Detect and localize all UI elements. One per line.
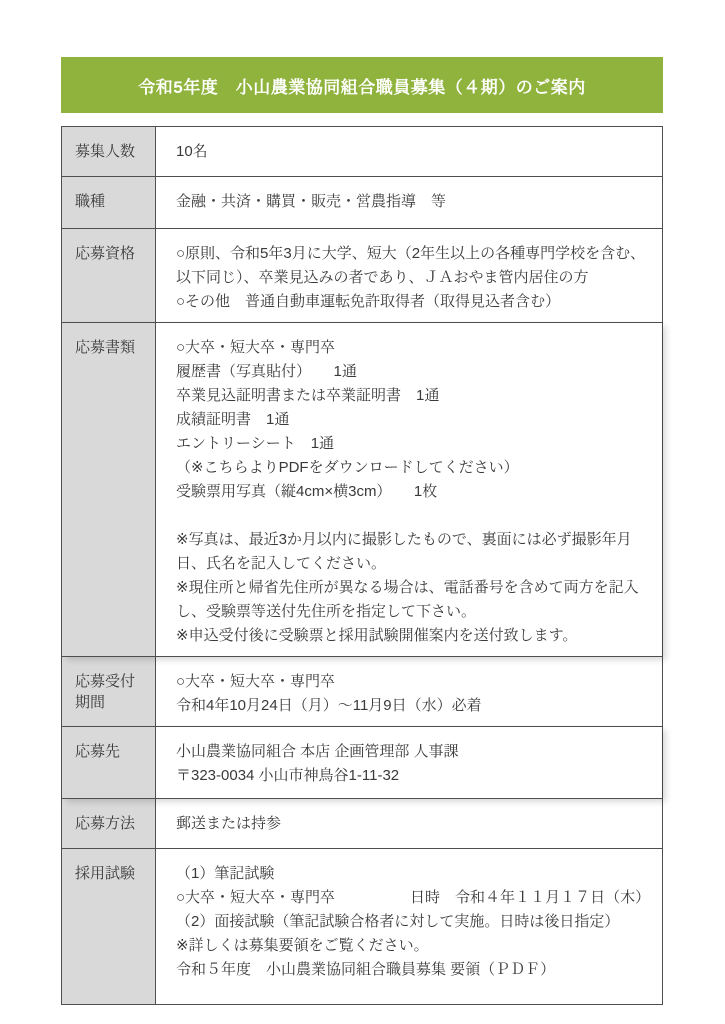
row-application-documents: 応募書類 ○大卒・短大卒・専門卒 履歴書（写真貼付） 1通 卒業見込証明書または… — [62, 323, 662, 657]
row-content: ○大卒・短大卒・専門卒 令和4年10月24日（月）～11月9日（水）必着 — [156, 657, 662, 726]
text-line: 10名 — [176, 140, 648, 164]
row-label: 職種 — [62, 177, 156, 228]
text-line: （1）筆記試験 — [176, 862, 648, 886]
text-line: 小山農業協同組合 本店 企画管理部 人事課 — [176, 740, 648, 764]
row-application-method: 応募方法 郵送または持参 — [62, 799, 662, 849]
row-label: 応募先 — [62, 727, 156, 798]
title-banner: 令和5年度 小山農業協同組合職員募集（４期）のご案内 — [61, 57, 663, 113]
text-line: 令和4年10月24日（月）～11月9日（水）必着 — [176, 694, 648, 718]
text-line: 郵送または持参 — [176, 812, 648, 836]
text-line: ※申込受付後に受験票と採用試験開催案内を送付致します。 — [176, 624, 648, 648]
row-content: 金融・共済・購買・販売・営農指導 等 — [156, 177, 662, 228]
text-line: ※詳しくは募集要領をご覧ください。 — [176, 934, 648, 958]
text-line: （2）面接試験（筆記試験合格者に対して実施。日時は後日指定） — [176, 910, 648, 934]
text-line: ○その他 普通自動車運転免許取得者（取得見込者含む） — [176, 290, 648, 314]
row-employment-exam: 採用試験 （1）筆記試験 ○大卒・短大卒・専門卒 日時 令和４年１１月１７日（木… — [62, 849, 662, 1004]
row-number-of-recruits: 募集人数 10名 — [62, 127, 662, 177]
text-line: 〒323-0034 小山市神鳥谷1-11-32 — [176, 764, 648, 788]
row-content: 郵送または持参 — [156, 799, 662, 848]
text-line: 成績証明書 1通 — [176, 408, 648, 432]
row-content: （1）筆記試験 ○大卒・短大卒・専門卒 日時 令和４年１１月１７日（木） （2）… — [156, 849, 662, 1004]
row-application-period: 応募受付期間 ○大卒・短大卒・専門卒 令和4年10月24日（月）～11月9日（水… — [62, 657, 662, 727]
row-content: 10名 — [156, 127, 662, 176]
row-qualifications: 応募資格 ○原則、令和5年3月に大学、短大（2年生以上の各種専門学校を含む、以下… — [62, 229, 662, 323]
row-label: 募集人数 — [62, 127, 156, 176]
text-line: 受験票用写真（縦4cm×横3cm） 1枚 — [176, 480, 648, 504]
document-page: 令和5年度 小山農業協同組合職員募集（４期）のご案内 募集人数 10名 職種 金… — [0, 0, 725, 1024]
text-line: ○大卒・短大卒・専門卒 — [176, 336, 648, 360]
row-application-address: 応募先 小山農業協同組合 本店 企画管理部 人事課 〒323-0034 小山市神… — [62, 727, 662, 799]
text-line: 履歴書（写真貼付） 1通 — [176, 360, 648, 384]
row-content: ○原則、令和5年3月に大学、短大（2年生以上の各種専門学校を含む、以下同じ）、卒… — [156, 229, 662, 322]
row-content: 小山農業協同組合 本店 企画管理部 人事課 〒323-0034 小山市神鳥谷1-… — [156, 727, 662, 798]
text-line: ○大卒・短大卒・専門卒 — [176, 670, 648, 694]
row-label: 応募方法 — [62, 799, 156, 848]
text-line: 令和５年度 小山農業協同組合職員募集 要領（ＰＤＦ） — [176, 958, 648, 982]
recruitment-info-table: 募集人数 10名 職種 金融・共済・購買・販売・営農指導 等 応募資格 ○原則、… — [61, 126, 663, 1005]
row-content: ○大卒・短大卒・専門卒 履歴書（写真貼付） 1通 卒業見込証明書または卒業証明書… — [156, 323, 662, 656]
row-label: 応募資格 — [62, 229, 156, 322]
text-line: ○大卒・短大卒・専門卒 日時 令和４年１１月１７日（木） — [176, 886, 648, 910]
row-job-type: 職種 金融・共済・購買・販売・営農指導 等 — [62, 177, 662, 229]
row-label: 応募書類 — [62, 323, 156, 656]
row-label: 採用試験 — [62, 849, 156, 1004]
text-line: ○原則、令和5年3月に大学、短大（2年生以上の各種専門学校を含む、以下同じ）、卒… — [176, 242, 648, 290]
text-line: （※こちらよりPDFをダウンロードしてください） — [176, 456, 648, 480]
text-line: エントリーシート 1通 — [176, 432, 648, 456]
blank-line — [176, 504, 648, 528]
text-line: ※現住所と帰省先住所が異なる場合は、電話番号を含めて両方を記入し、受験票等送付先… — [176, 576, 648, 624]
text-line: ※写真は、最近3か月以内に撮影したもので、裏面には必ず撮影年月日、氏名を記入して… — [176, 528, 648, 576]
text-line: 金融・共済・購買・販売・営農指導 等 — [176, 190, 648, 214]
text-line: 卒業見込証明書または卒業証明書 1通 — [176, 384, 648, 408]
row-label: 応募受付期間 — [62, 657, 156, 726]
page-title: 令和5年度 小山農業協同組合職員募集（４期）のご案内 — [138, 73, 585, 98]
